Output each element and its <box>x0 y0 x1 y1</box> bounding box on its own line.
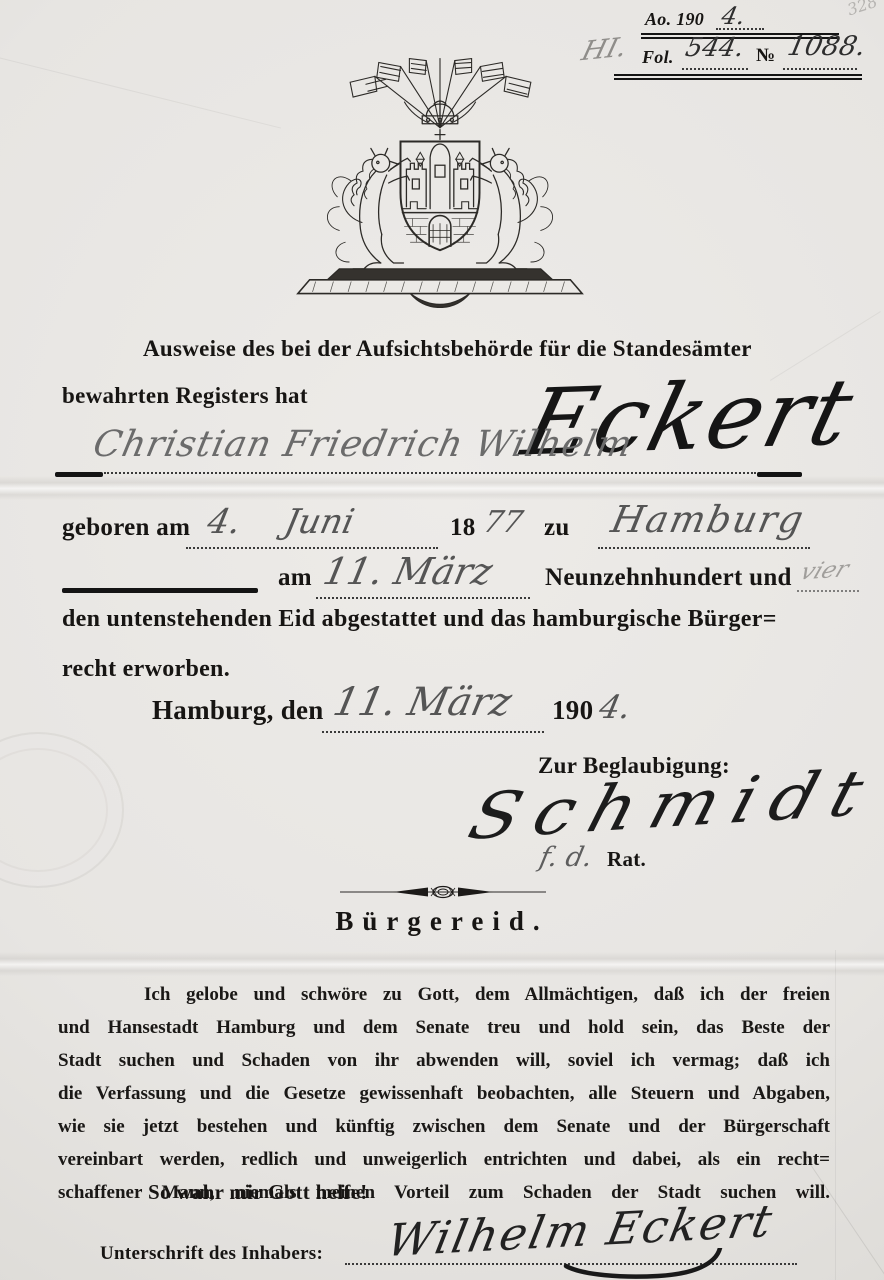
pencil-corner-note: 328 <box>845 0 880 19</box>
dotted-line <box>797 586 859 592</box>
oath-closing: So wahr mir Gott helfe! <box>148 1180 368 1205</box>
century-printed: 18 <box>450 514 476 542</box>
no-label: № <box>756 45 775 67</box>
dotted-line <box>716 24 764 30</box>
am-label: am <box>278 564 312 592</box>
anno-label: Ao. 190 <box>645 9 704 30</box>
geboren-am-label: geboren am <box>62 514 190 542</box>
double-rule <box>614 74 862 80</box>
issue-date-handwritten: 11. März <box>329 680 515 725</box>
fold-crease-lower <box>0 952 884 976</box>
oath-line: und Hansestadt Hamburg und dem Senate tr… <box>58 1011 830 1044</box>
birth-place-handwritten: Hamburg <box>607 498 808 541</box>
year-words-printed: Neunzehnhundert und <box>545 564 792 592</box>
place-date-label: Hamburg, den <box>152 695 324 726</box>
rat-label: Rat. <box>607 847 646 872</box>
dotted-line <box>316 593 530 599</box>
dotted-line <box>783 64 857 70</box>
zu-label: zu <box>544 514 570 542</box>
grant-line-2: recht erworben. <box>62 656 230 683</box>
oath-paragraph: Ich gelobe und schwöre zu Gott, dem Allm… <box>58 978 830 1209</box>
given-names-handwritten: Christian Friedrich Wilhelm <box>90 424 637 465</box>
wrinkle-line <box>835 950 836 1280</box>
dotted-line <box>186 543 438 549</box>
birth-date-handwritten: 4. Juni <box>204 502 358 542</box>
oath-line: Stadt suchen und Schaden von ihr abwende… <box>58 1044 830 1077</box>
certificate-page: 328 Ao. 190 4. HI. Fol. 544. № 1088. <box>0 0 884 1280</box>
oath-line: Ich gelobe und schwöre zu Gott, dem Allm… <box>58 978 830 1011</box>
intro-line-2: bewahrten Registers hat <box>62 383 308 409</box>
issue-year-printed: 190 <box>552 695 593 726</box>
holder-signature-label: Unterschrift des Inhabers: <box>100 1243 323 1265</box>
signature-flourish <box>560 1248 730 1280</box>
filled-rule-segment <box>62 588 258 593</box>
birth-year-handwritten: 77 <box>480 505 526 540</box>
dotted-line <box>682 64 748 70</box>
year-word-pencil: vier <box>796 556 852 585</box>
dotted-line <box>598 543 810 549</box>
filled-rule-segment <box>757 472 802 477</box>
intro-line-1: Ausweise des bei der Aufsichtsbehörde fü… <box>143 336 752 362</box>
oath-heading: Bürgereid. <box>0 906 884 937</box>
fol-number-handwritten: 544. <box>683 33 747 63</box>
divider-ornament <box>338 884 548 900</box>
oath-date-handwritten: 11. März <box>319 550 496 593</box>
issue-year-handwritten: 4. <box>596 688 635 726</box>
embossed-seal <box>0 732 124 888</box>
oath-line: wie sie jetzt bestehen und künftig zwisc… <box>58 1110 830 1143</box>
grant-line-1: den untenstehenden Eid abgestattet und d… <box>62 606 777 633</box>
cert-number-handwritten: 1088. <box>785 31 869 62</box>
fol-label: Fol. <box>642 47 674 68</box>
oath-line: die Verfassung und die Gesetze gewissenh… <box>58 1077 830 1110</box>
fold-crease-upper <box>0 476 884 500</box>
fd-handwritten: f. d. <box>537 842 596 873</box>
dotted-line <box>322 727 544 733</box>
official-signature: Schmidt <box>462 761 884 850</box>
name-dotted-line <box>104 468 756 474</box>
filled-rule-segment <box>55 472 103 477</box>
hamburg-coat-of-arms <box>282 58 598 308</box>
wrinkle-line <box>0 55 281 129</box>
oath-line: vereinbart werden, redlich und unweigerl… <box>58 1143 830 1176</box>
